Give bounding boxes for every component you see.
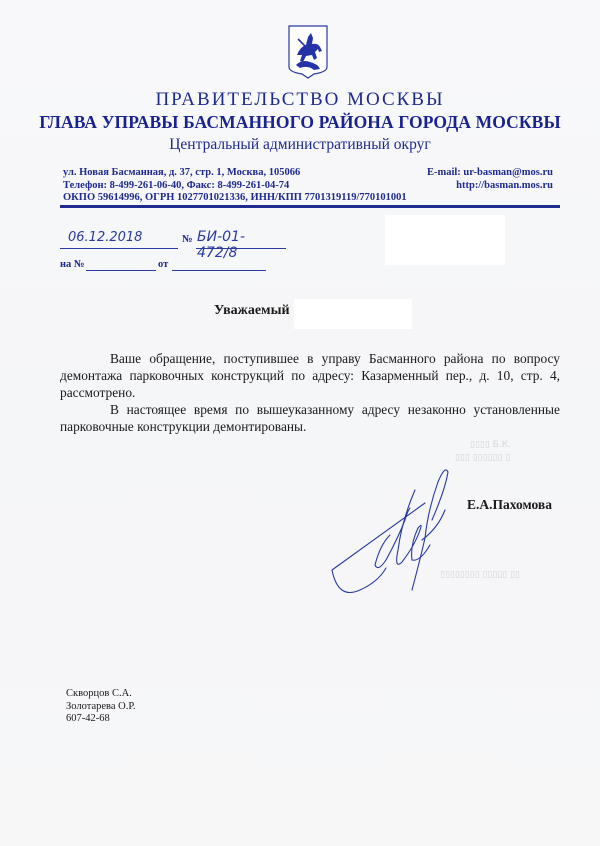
executor-line: Скворцов С.А. [66,688,135,701]
show-through-mark: ▯▯▯▯ Б.К. [470,440,511,450]
outgoing-date: 06.12.2018 [68,230,178,245]
letter-page: ПРАВИТЕЛЬСТВО МОСКВЫ ГЛАВА УПРАВЫ БАСМАН… [0,0,600,846]
letterhead-divider [60,205,560,208]
contacts-block: E-mail: ur-basman@mos.ru http://basman.m… [427,167,553,192]
date-underline [60,248,178,249]
moscow-coat-of-arms-icon [288,25,328,79]
signatory-name: Е.А.Пахомова [467,497,552,513]
outgoing-number: БИ-01-472/8 [197,229,285,261]
number-underline [196,248,286,249]
reply-to-underline [86,270,156,271]
phone-fax: Телефон: 8-499-261-06-40, Факс: 8-499-26… [63,180,407,193]
district-subtitle: Центральный административный округ [0,136,600,154]
address-block: ул. Новая Басманная, д. 37, стр. 1, Моск… [63,167,407,205]
registration-codes: ОКПО 59614996, ОГРН 1027701021336, ИНН/К… [63,192,407,205]
government-title: ПРАВИТЕЛЬСТВО МОСКВЫ [0,89,600,111]
executor-line: Золотарева О.Р. [66,701,135,714]
handwritten-signature-icon [320,450,520,600]
authority-title: ГЛАВА УПРАВЫ БАСМАННОГО РАЙОНА ГОРОДА МО… [0,112,600,133]
number-label: № [182,234,193,245]
recipient-redaction [385,215,505,265]
executor-phone: 607-42-68 [66,713,135,726]
website-text: http://basman.mos.ru [427,180,553,193]
name-redaction [294,299,412,329]
street-address: ул. Новая Басманная, д. 37, стр. 1, Моск… [63,167,407,180]
greeting: Уважаемый [214,303,290,319]
from-label: от [158,259,168,270]
paragraph: В настоящее время по вышеуказанному адре… [60,401,560,435]
email-text: E-mail: ur-basman@mos.ru [427,167,553,180]
letter-body: Ваше обращение, поступившее в управу Бас… [60,350,560,435]
reply-to-label: на № [60,259,84,270]
paragraph: Ваше обращение, поступившее в управу Бас… [60,350,560,401]
from-underline [172,270,266,271]
executors-block: Скворцов С.А. Золотарева О.Р. 607-42-68 [66,688,135,726]
